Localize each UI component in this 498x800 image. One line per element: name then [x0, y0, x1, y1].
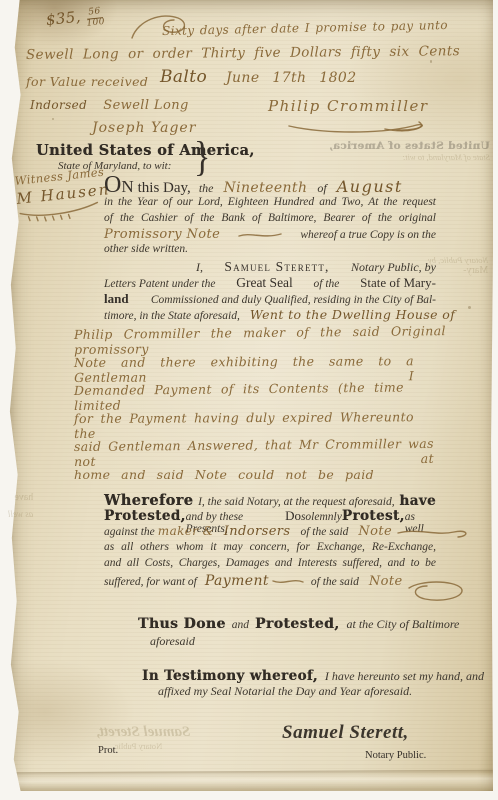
bleed-header-line2: State of Maryland, to wit:: [352, 152, 490, 162]
want-of-payment-line: suffered, for want of Payment of the sai…: [104, 573, 403, 589]
notary-i: I,: [196, 260, 203, 275]
note-word-2: Note: [369, 574, 403, 589]
narrative-line-5: said Gentleman Answered, that Mr Crommil…: [74, 436, 434, 469]
of-word: of: [317, 181, 326, 196]
went-handwritten: Went to the Dwelling House of: [250, 307, 455, 322]
want-of-text: suffered, for want of: [104, 576, 197, 588]
margin-witness-note: Witness James M Hausen: [14, 164, 113, 229]
day-handwritten: Nineteenth: [223, 180, 307, 196]
prot-abbreviation: Prot.: [98, 745, 118, 756]
fraction-denominator: 100: [86, 18, 105, 29]
maker-signature: Philip Crommiller: [268, 97, 429, 115]
indorsed-label: Indorsed: [30, 98, 87, 112]
ink-speck: [52, 118, 54, 120]
indorser-2: Joseph Yager: [92, 120, 196, 136]
note-flourish-2: [405, 578, 467, 606]
at-city: at the City of Baltimore: [347, 617, 460, 632]
wherefore-line-1: Wherefore I, the said Notary, at the req…: [104, 492, 436, 509]
note-kind-handwritten: Promissory Note: [104, 227, 220, 242]
commissioned-text: Commissioned and duly Qualified, residin…: [151, 294, 436, 306]
on-this-day-line: On this Day, the Nineteenth of August: [104, 172, 444, 199]
and-word: and: [232, 619, 249, 631]
this-day: this Day,: [138, 180, 191, 197]
testimony-text-2: affixed my Seal Notarial the Day and Yea…: [158, 684, 412, 699]
others-line-2: and all Costs, Charges, Damages and Inte…: [104, 557, 436, 569]
notary-name: Samuel Sterett,: [224, 259, 329, 275]
against-the: against the: [104, 526, 155, 538]
notary-printed-signature: Samuel Sterett,: [282, 722, 409, 744]
timore-line: timore, in the State aforesaid, Went to …: [104, 307, 456, 322]
bleed-left-line2: as well: [8, 509, 33, 519]
note-flourish-1: [396, 524, 474, 540]
bleed-through-right: Notary Public, by Mary-: [428, 255, 488, 276]
narrative-line-1: Philip Crommiller the maker of the said …: [74, 323, 446, 357]
notary-public-title: Notary Public.: [365, 750, 426, 761]
of-the: of the: [314, 278, 340, 290]
copy-clause-1: whereof a true Copy is on the: [300, 229, 436, 241]
ink-speck: [430, 60, 432, 63]
bleed-signature: Samuel Sterett,: [96, 724, 190, 741]
note-word-1: Note: [358, 524, 392, 539]
narrative-line-6: home and said Note could not be paid: [74, 467, 374, 482]
closing-protested: Protested,: [255, 616, 340, 632]
do-word: Do: [285, 508, 301, 524]
amount-dollars: $35,: [45, 7, 82, 29]
testimony-text-1: I have hereunto set my hand, and: [325, 669, 484, 684]
note-value-clause: for Value received: [26, 74, 148, 89]
notary-by: Notary Public, by: [351, 260, 436, 275]
land-word: land: [104, 291, 129, 307]
bleed-header-line1: United States of America,: [352, 140, 490, 152]
notary-intro-line: I, Samuel Sterett, Notary Public, by: [196, 259, 436, 275]
amount-fraction: 56100: [85, 7, 105, 29]
signature-flourish: [285, 118, 435, 136]
payment-flourish: [271, 575, 305, 587]
testimony-line-1: In Testimony whereof, I have hereunto se…: [142, 668, 484, 684]
copy-clause-2: other side written.: [104, 243, 188, 255]
bleed-right-line1: Notary Public, by: [428, 255, 488, 265]
note-kind-flourish: [237, 229, 283, 241]
bleed-through-header: United States of America, State of Maryl…: [352, 140, 490, 162]
protest-word: Protest,: [342, 508, 405, 524]
maker-handwritten: maker &: [158, 524, 214, 538]
letters-patent-line: Letters Patent under the Great Seal of t…: [104, 275, 436, 291]
others-line-1: as all others whom it may concern, for E…: [104, 541, 436, 553]
the-word: the: [199, 181, 214, 196]
wherefore-word: Wherefore: [104, 492, 193, 509]
on-word: On: [104, 172, 134, 199]
of-the-said-2: of the said: [311, 576, 359, 588]
note-date: June 17th 1802: [226, 70, 357, 86]
narrative-line-3: Demanded Payment of its Contents (the ti…: [74, 380, 404, 413]
in-testimony: In Testimony whereof,: [142, 668, 318, 684]
note-place: Balto: [160, 67, 207, 87]
aforesaid-word: aforesaid: [150, 634, 195, 649]
indorser-1: Sewell Long: [103, 98, 188, 113]
month-handwritten: August: [337, 177, 403, 196]
state-of-mary: State of Mary-: [360, 275, 436, 291]
bleed-right-line2: Mary-: [428, 265, 488, 276]
heading-country: United States of America,: [36, 142, 255, 159]
solemnly-word: solemnly: [301, 511, 342, 523]
year-line-1: in the Year of our Lord, Eighteen Hundre…: [104, 196, 436, 208]
commissioned-line: land Commissioned and duly Qualified, re…: [104, 291, 436, 307]
indorsers-handwritten: Indorsers: [224, 524, 291, 539]
bleed-left-line1: have: [8, 492, 33, 503]
document-scan: United States of America, State of Maryl…: [0, 0, 498, 800]
indorsement: Indorsed Sewell Long: [30, 98, 189, 113]
bleed-through-left: have as well: [8, 492, 33, 519]
bottom-fold: [6, 770, 493, 793]
protested-word: Protested,: [104, 508, 186, 524]
thus-done: Thus Done: [138, 616, 226, 632]
letters-patent: Letters Patent under the: [104, 278, 215, 290]
wherefore-clause: I, the said Notary, at the request afore…: [198, 496, 395, 508]
have-word: have: [399, 493, 436, 509]
promissory-note-line: Promissory Note whereof a true Copy is o…: [104, 227, 436, 242]
payment-handwritten: Payment: [205, 573, 269, 589]
great-seal: Great Seal: [236, 275, 293, 291]
of-the-said: of the said: [300, 526, 348, 538]
timore-text: timore, in the State aforesaid,: [104, 310, 240, 322]
thus-done-line: Thus Done and Protested, at the City of …: [138, 616, 459, 632]
ink-speck: [468, 306, 471, 309]
wherefore-line-3: against the maker & Indorsers of the sai…: [104, 524, 474, 540]
year-line-2: of the Cashier of the Bank of Baltimore,…: [104, 212, 436, 224]
